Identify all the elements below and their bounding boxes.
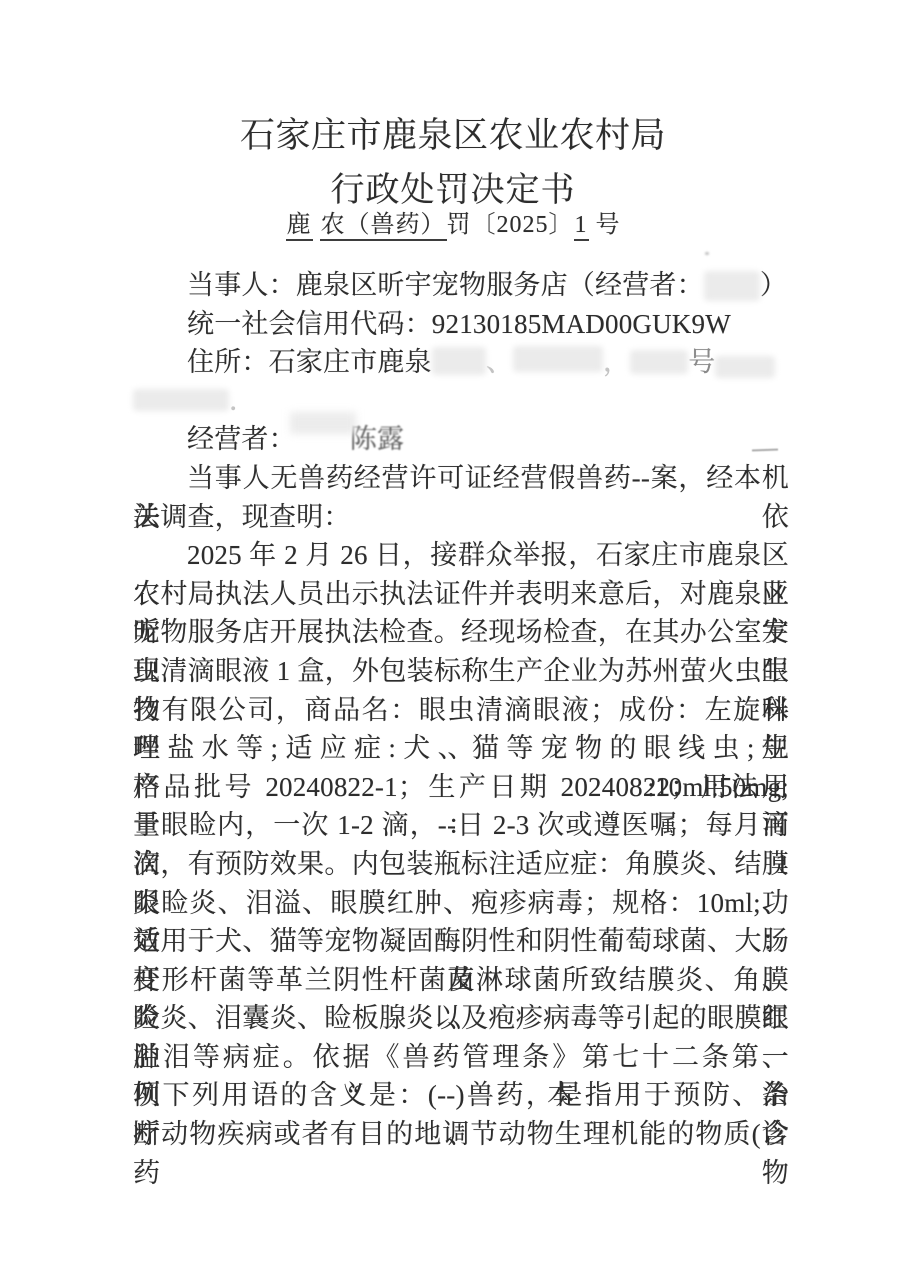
redaction-smudge <box>630 350 688 374</box>
body-line: 虫清滴眼液 1 盒，外包装标称生产企业为苏州萤火虫生物科 <box>133 652 789 691</box>
redaction-smudge <box>133 389 229 411</box>
doc-number-text: 罚〔2025〕 <box>447 212 574 238</box>
doc-number-underlined-text: 农（兽药） <box>320 212 447 241</box>
body-line: 农村局执法人员出示执法证件并表明来意后，对鹿泉区昕宇 <box>133 575 789 614</box>
document-number: 鹿 农（兽药）罚〔2025〕1 号 <box>0 204 906 239</box>
scan-artifact-dot <box>705 252 709 255</box>
body-text: 当事人：鹿泉区昕宇宠物服务店（经营者： <box>187 270 704 300</box>
body-line: 眼睑炎、泪溢、眼膜红肿、疱疹病毒；规格：10ml;功效： <box>133 884 789 923</box>
redaction-smudge <box>513 346 603 372</box>
body-line: 于眼睑内，一次 1-2 滴，--日 2-3 次或遵医嘱；每月可滴 1 <box>133 806 789 845</box>
body-line: 技有限公司，商品名：眼虫清滴眼液；成份：左旋咪唑、生 <box>133 691 789 730</box>
body-line: 统一社会信用代码：92130185MAD00GUK9W <box>133 305 789 344</box>
body-line: 理盐水等;适应症:犬、猫等宠物的眼线虫;规格:10ml:50mg; <box>133 729 789 768</box>
body-line: 住所：石家庄市鹿泉、，号 <box>133 343 789 382</box>
doc-number-text <box>313 212 320 238</box>
body-line: 2025 年 2 月 26 日，接群众举报，石家庄市鹿泉区农业 <box>133 536 789 575</box>
body-line: 宠物服务店开展执法检查。经现场检查，在其办公室发现眼 <box>133 613 789 652</box>
body-text: 断动物疾病或者有目的地调节动物生理机能的物质(含药物 <box>133 1119 789 1188</box>
body-line: 次，有预防效果。内包装瓶标注适应症：角膜炎、结膜炎、 <box>133 845 789 884</box>
body-line: 变形杆菌等革兰阴性杆菌及淋球菌所致结膜炎、角膜炎、眼 <box>133 961 789 1000</box>
redaction-smudge <box>290 412 356 434</box>
body-line: 溢泪等病症。依据《兽药管理条》第七十二条第一项“本条 <box>133 1038 789 1077</box>
body-line: 适用于犬、猫等宠物凝固酶阴性和阴性葡萄球菌、大肠杆菌、 <box>133 922 789 961</box>
body-text: ， <box>603 347 630 377</box>
body-line: 睑炎、泪囊炎、睑板腺炎以及疱疹病毒等引起的眼膜红肿、 <box>133 999 789 1038</box>
document-title: 石家庄市鹿泉区农业农村局 <box>0 108 906 158</box>
body-line: 例下列用语的含义是：(--)兽药，是指用于预防、治疗、诊 <box>133 1076 789 1115</box>
body-text: 统一社会信用代码：92130185MAD00GUK9W <box>187 309 731 339</box>
redacted-operator-name-text: 陈露 <box>350 424 404 454</box>
body-line: 断动物疾病或者有目的地调节动物生理机能的物质(含药物 <box>133 1115 789 1154</box>
body-line: ． <box>133 382 789 421</box>
body-text: 、 <box>486 347 513 377</box>
body-text: 住所：石家庄市鹿泉 <box>187 347 432 377</box>
redacted-operator-name: 陈露 <box>296 420 404 459</box>
body-text: 号 <box>688 347 715 377</box>
body-line: 经营者：陈露 <box>133 420 789 459</box>
body-text: 经营者： <box>187 424 296 454</box>
body-line: 产品批号 20240822-1；生产日期 20240822；用法用量：滴 <box>133 768 789 807</box>
redaction-smudge <box>432 347 486 375</box>
scanned-document-page: 石家庄市鹿泉区农业农村局 行政处罚决定书 鹿 农（兽药）罚〔2025〕1 号 当… <box>0 0 906 1280</box>
doc-number-text: 号 <box>589 212 621 238</box>
body-text: ． <box>229 386 256 416</box>
doc-number-underlined-text: 1 <box>574 212 589 241</box>
body-line: 当事人无兽药经营许可证经营假兽药--案，经本机关依 <box>133 459 789 498</box>
document-body: 当事人：鹿泉区昕宇宠物服务店（经营者：）统一社会信用代码：92130185MAD… <box>133 266 789 1154</box>
redaction-smudge <box>704 271 760 301</box>
body-text: 法调查，现查明： <box>133 502 351 532</box>
doc-number-underlined-text: 鹿 <box>286 212 313 241</box>
body-line: 当事人：鹿泉区昕宇宠物服务店（经营者：） <box>133 266 789 305</box>
body-text: ） <box>760 270 787 300</box>
redaction-smudge <box>715 356 775 378</box>
